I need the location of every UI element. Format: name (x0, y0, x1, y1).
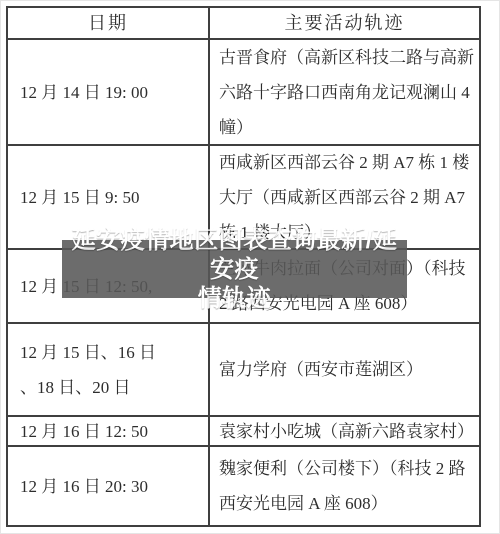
date-cell: 12 月 16 日 20: 30 (8, 447, 210, 525)
trajectory-cell: 魏家便利（公司楼下）（科技 2 路西安光电园 A 座 608） (210, 447, 479, 525)
watermark-text-line1: 延安疫情地区图表查询最新/延安疫 (62, 226, 407, 284)
table-row: 12 月 14 日 19: 00 古晋食府（高新区科技二路与高新六路十字路口西南… (8, 40, 479, 146)
column-header-date: 日期 (8, 8, 210, 38)
trajectory-cell: 袁家村小吃城（高新六路袁家村） (210, 417, 479, 445)
watermark-overlay: 延安疫情地区图表查询最新/延安疫 情轨迹 (62, 240, 407, 298)
table-row: 12 月 15 日、16 日 、18 日、20 日 富力学府（西安市莲湖区） (8, 324, 479, 417)
date-cell: 12 月 16 日 12: 50 (8, 417, 210, 445)
table-row: 12 月 16 日 20: 30 魏家便利（公司楼下）（科技 2 路西安光电园 … (8, 447, 479, 525)
trajectory-cell: 古晋食府（高新区科技二路与高新六路十字路口西南角龙记观澜山 4 幢） (210, 40, 479, 144)
trajectory-cell: 富力学府（西安市莲湖区） (210, 324, 479, 415)
table-row: 12 月 16 日 12: 50 袁家村小吃城（高新六路袁家村） (8, 417, 479, 447)
watermark-text-line2: 情轨迹 (62, 284, 407, 313)
date-cell: 12 月 14 日 19: 00 (8, 40, 210, 144)
column-header-trajectory: 主要活动轨迹 (210, 8, 479, 38)
date-cell: 12 月 15 日、16 日 、18 日、20 日 (8, 324, 210, 415)
page: { "colors": { "table_border": "#3f3f3f",… (0, 0, 500, 534)
table-header-row: 日期 主要活动轨迹 (8, 8, 479, 40)
